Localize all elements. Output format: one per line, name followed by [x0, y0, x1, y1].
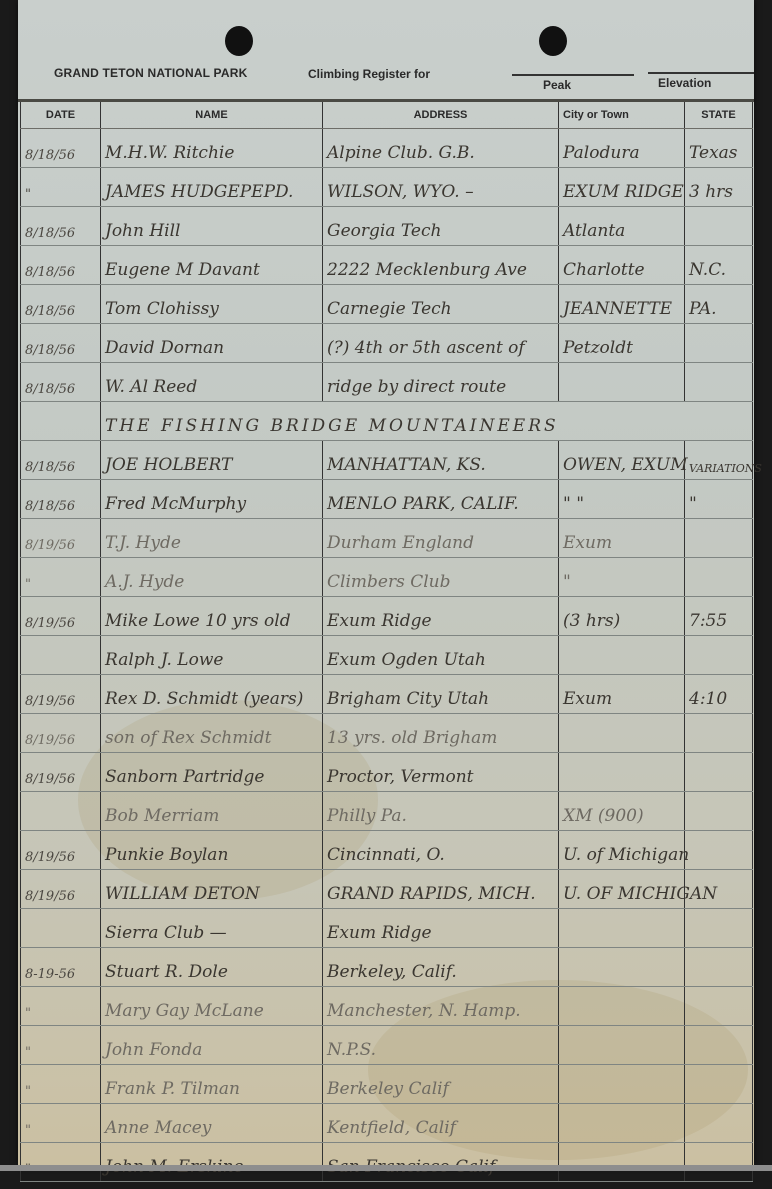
entry-date: 8/18/56 — [21, 441, 101, 480]
elevation-underline — [648, 72, 754, 74]
entry-address: Proctor, Vermont — [323, 753, 559, 792]
column-header-address: ADDRESS — [323, 102, 559, 129]
entry-state — [685, 636, 753, 675]
entry-address: GRAND RAPIDS, MICH. — [323, 870, 559, 909]
entry-name: Fred McMurphy — [101, 480, 323, 519]
entry-name: son of Rex Schmidt — [101, 714, 323, 753]
entry-date — [21, 636, 101, 675]
entry-address: Carnegie Tech — [323, 285, 559, 324]
entry-name: John M. Erskine — [101, 1143, 323, 1182]
entry-date: 8/19/56 — [21, 714, 101, 753]
entry-state: PA. — [685, 285, 753, 324]
entry-city — [559, 987, 685, 1026]
register-entry: "A.J. HydeClimbers Club" — [21, 558, 753, 597]
entry-city — [559, 636, 685, 675]
register-entry: 8/19/56Punkie BoylanCincinnati, O.U. of … — [21, 831, 753, 870]
entry-city: Exum — [559, 519, 685, 558]
entry-date: " — [21, 987, 101, 1026]
register-entry: 8-19-56Stuart R. DoleBerkeley, Calif. — [21, 948, 753, 987]
park-name: GRAND TETON NATIONAL PARK — [54, 66, 247, 80]
entry-city — [559, 1065, 685, 1104]
entry-address: Georgia Tech — [323, 207, 559, 246]
entry-state — [685, 207, 753, 246]
entry-city — [559, 363, 685, 402]
entry-name: Stuart R. Dole — [101, 948, 323, 987]
column-header-row: DATE NAME ADDRESS City or Town STATE — [21, 102, 753, 129]
entry-state — [685, 519, 753, 558]
entry-name: T.J. Hyde — [101, 519, 323, 558]
entry-state — [685, 1143, 753, 1182]
entry-city — [559, 753, 685, 792]
entry-state: " — [685, 480, 753, 519]
register-entry: "Mary Gay McLaneManchester, N. Hamp. — [21, 987, 753, 1026]
entry-address: Cincinnati, O. — [323, 831, 559, 870]
entry-name: Rex D. Schmidt (years) — [101, 675, 323, 714]
entry-date: 8/19/56 — [21, 870, 101, 909]
entry-name: A.J. Hyde — [101, 558, 323, 597]
entry-address: Manchester, N. Hamp. — [323, 987, 559, 1026]
register-entry: 8/18/56W. Al Reedridge by direct route — [21, 363, 753, 402]
entry-address: Berkeley Calif — [323, 1065, 559, 1104]
entry-address: Climbers Club — [323, 558, 559, 597]
entry-date: 8/18/56 — [21, 480, 101, 519]
register-entry: "John M. ErskineSan Francisco Calif — [21, 1143, 753, 1182]
entry-name: Sierra Club — — [101, 909, 323, 948]
entry-state: 7:55 — [685, 597, 753, 636]
entry-address: 13 yrs. old Brigham — [323, 714, 559, 753]
register-title: Climbing Register for — [308, 67, 430, 81]
entry-date: " — [21, 1065, 101, 1104]
entry-name: Sanborn Partridge — [101, 753, 323, 792]
register-entry: 8/18/56Tom ClohissyCarnegie TechJEANNETT… — [21, 285, 753, 324]
entry-name: JOE HOLBERT — [101, 441, 323, 480]
entry-name: Bob Merriam — [101, 792, 323, 831]
entry-address: (?) 4th or 5th ascent of — [323, 324, 559, 363]
entry-address: Kentfield, Calif — [323, 1104, 559, 1143]
register-entries: 8/18/56M.H.W. RitchieAlpine Club. G.B.Pa… — [21, 129, 753, 1182]
entry-city: JEANNETTE — [559, 285, 685, 324]
entry-address: MENLO PARK, CALIF. — [323, 480, 559, 519]
entry-name: WILLIAM DETON — [101, 870, 323, 909]
entry-name: David Dornan — [101, 324, 323, 363]
entry-state — [685, 831, 753, 870]
entry-name: Eugene M Davant — [101, 246, 323, 285]
register-entry: "Anne MaceyKentfield, Calif — [21, 1104, 753, 1143]
entry-city — [559, 948, 685, 987]
entry-date: 8/19/56 — [21, 675, 101, 714]
entry-name: John Hill — [101, 207, 323, 246]
entry-address: Berkeley, Calif. — [323, 948, 559, 987]
entry-state — [685, 1026, 753, 1065]
entry-date: 8/18/56 — [21, 285, 101, 324]
entry-date: " — [21, 1143, 101, 1182]
entry-name: John Fonda — [101, 1026, 323, 1065]
register-entry: 8/18/56Eugene M Davant2222 Mecklenburg A… — [21, 246, 753, 285]
entry-city: Palodura — [559, 129, 685, 168]
entry-state: VARIATIONS — [685, 441, 753, 480]
column-header-name: NAME — [101, 102, 323, 129]
punch-hole-right — [539, 26, 567, 56]
entry-address: Exum Ridge — [323, 909, 559, 948]
entry-city: XM (900) — [559, 792, 685, 831]
entry-state — [685, 714, 753, 753]
entry-date — [21, 792, 101, 831]
register-entry: Ralph J. LoweExum Ogden Utah — [21, 636, 753, 675]
register-entry: THE FISHING BRIDGE MOUNTAINEERS — [21, 402, 753, 441]
entry-state — [685, 753, 753, 792]
entry-address: Exum Ridge — [323, 597, 559, 636]
entry-state — [685, 1065, 753, 1104]
entry-address: WILSON, WYO. – — [323, 168, 559, 207]
entry-date: 8/18/56 — [21, 324, 101, 363]
column-header-date: DATE — [21, 102, 101, 129]
entry-city: U. of Michigan — [559, 831, 685, 870]
register-entry: Sierra Club —Exum Ridge — [21, 909, 753, 948]
punch-hole-left — [225, 26, 253, 56]
register-table: DATE NAME ADDRESS City or Town STATE 8/1… — [20, 102, 753, 1182]
entry-state — [685, 363, 753, 402]
entry-address: Brigham City Utah — [323, 675, 559, 714]
entry-date: 8/19/56 — [21, 597, 101, 636]
entry-date: 8-19-56 — [21, 948, 101, 987]
entry-state — [685, 948, 753, 987]
entry-state — [685, 558, 753, 597]
register-entry: 8/18/56John HillGeorgia TechAtlanta — [21, 207, 753, 246]
entry-city: Petzoldt — [559, 324, 685, 363]
entry-state: Texas — [685, 129, 753, 168]
register-entry: 8/19/56Rex D. Schmidt (years)Brigham Cit… — [21, 675, 753, 714]
entry-date: 8/19/56 — [21, 831, 101, 870]
entry-city: " " — [559, 480, 685, 519]
entry-state — [685, 324, 753, 363]
entry-city — [559, 1143, 685, 1182]
peak-underline — [512, 74, 634, 76]
register-entry: 8/18/56Fred McMurphyMENLO PARK, CALIF." … — [21, 480, 753, 519]
entry-date — [21, 402, 101, 441]
register-entry: 8/19/56Sanborn PartridgeProctor, Vermont — [21, 753, 753, 792]
entry-date: 8/19/56 — [21, 519, 101, 558]
entry-group-heading: THE FISHING BRIDGE MOUNTAINEERS — [101, 402, 753, 441]
register-sheet: GRAND TETON NATIONAL PARK Climbing Regis… — [18, 0, 754, 1165]
entry-name: Tom Clohissy — [101, 285, 323, 324]
entry-date: " — [21, 1104, 101, 1143]
entry-name: Ralph J. Lowe — [101, 636, 323, 675]
entry-address: Philly Pa. — [323, 792, 559, 831]
entry-city: Charlotte — [559, 246, 685, 285]
register-entry: 8/19/56son of Rex Schmidt13 yrs. old Bri… — [21, 714, 753, 753]
entry-address: Alpine Club. G.B. — [323, 129, 559, 168]
entry-city — [559, 1026, 685, 1065]
register-entry: Bob MerriamPhilly Pa.XM (900) — [21, 792, 753, 831]
entry-state — [685, 909, 753, 948]
entry-date: 8/18/56 — [21, 207, 101, 246]
entry-name: Anne Macey — [101, 1104, 323, 1143]
column-header-state: STATE — [685, 102, 753, 129]
entry-name: Punkie Boylan — [101, 831, 323, 870]
entry-address: Exum Ogden Utah — [323, 636, 559, 675]
register-entry: "JAMES HUDGEPEPD.WILSON, WYO. –EXUM RIDG… — [21, 168, 753, 207]
entry-state — [685, 792, 753, 831]
entry-name: JAMES HUDGEPEPD. — [101, 168, 323, 207]
entry-name: Frank P. Tilman — [101, 1065, 323, 1104]
entry-state: 4:10 — [685, 675, 753, 714]
entry-city: EXUM RIDGE — [559, 168, 685, 207]
entry-city: OWEN, EXUM — [559, 441, 685, 480]
entry-address: 2222 Mecklenburg Ave — [323, 246, 559, 285]
register-entry: 8/19/56T.J. HydeDurham EnglandExum — [21, 519, 753, 558]
register-entry: 8/19/56Mike Lowe 10 yrs oldExum Ridge(3 … — [21, 597, 753, 636]
entry-state — [685, 987, 753, 1026]
entry-city: (3 hrs) — [559, 597, 685, 636]
entry-state: 3 hrs — [685, 168, 753, 207]
register-entry: 8/19/56WILLIAM DETONGRAND RAPIDS, MICH.U… — [21, 870, 753, 909]
entry-address: N.P.S. — [323, 1026, 559, 1065]
register-entry: 8/18/56David Dornan(?) 4th or 5th ascent… — [21, 324, 753, 363]
entry-date: " — [21, 168, 101, 207]
column-header-city: City or Town — [559, 102, 685, 129]
entry-name: Mary Gay McLane — [101, 987, 323, 1026]
entry-city: U. OF MICHIGAN — [559, 870, 685, 909]
frame-edge — [0, 1165, 772, 1171]
entry-date — [21, 909, 101, 948]
entry-state — [685, 1104, 753, 1143]
entry-name: M.H.W. Ritchie — [101, 129, 323, 168]
entry-name: W. Al Reed — [101, 363, 323, 402]
register-entry: "Frank P. TilmanBerkeley Calif — [21, 1065, 753, 1104]
entry-city: Atlanta — [559, 207, 685, 246]
entry-date: 8/18/56 — [21, 363, 101, 402]
register-entry: 8/18/56M.H.W. RitchieAlpine Club. G.B.Pa… — [21, 129, 753, 168]
entry-address: ridge by direct route — [323, 363, 559, 402]
entry-address: MANHATTAN, KS. — [323, 441, 559, 480]
entry-city: Exum — [559, 675, 685, 714]
entry-city — [559, 909, 685, 948]
entry-date: " — [21, 558, 101, 597]
entry-date: 8/18/56 — [21, 129, 101, 168]
entry-date: 8/18/56 — [21, 246, 101, 285]
entry-city — [559, 1104, 685, 1143]
entry-name: Mike Lowe 10 yrs old — [101, 597, 323, 636]
entry-address: San Francisco Calif — [323, 1143, 559, 1182]
entry-city: " — [559, 558, 685, 597]
peak-label: Peak — [543, 78, 571, 92]
register-entry: 8/18/56JOE HOLBERTMANHATTAN, KS.OWEN, EX… — [21, 441, 753, 480]
entry-city — [559, 714, 685, 753]
elevation-label: Elevation — [658, 76, 711, 90]
entry-date: 8/19/56 — [21, 753, 101, 792]
register-entry: "John FondaN.P.S. — [21, 1026, 753, 1065]
entry-address: Durham England — [323, 519, 559, 558]
entry-date: " — [21, 1026, 101, 1065]
entry-state: N.C. — [685, 246, 753, 285]
